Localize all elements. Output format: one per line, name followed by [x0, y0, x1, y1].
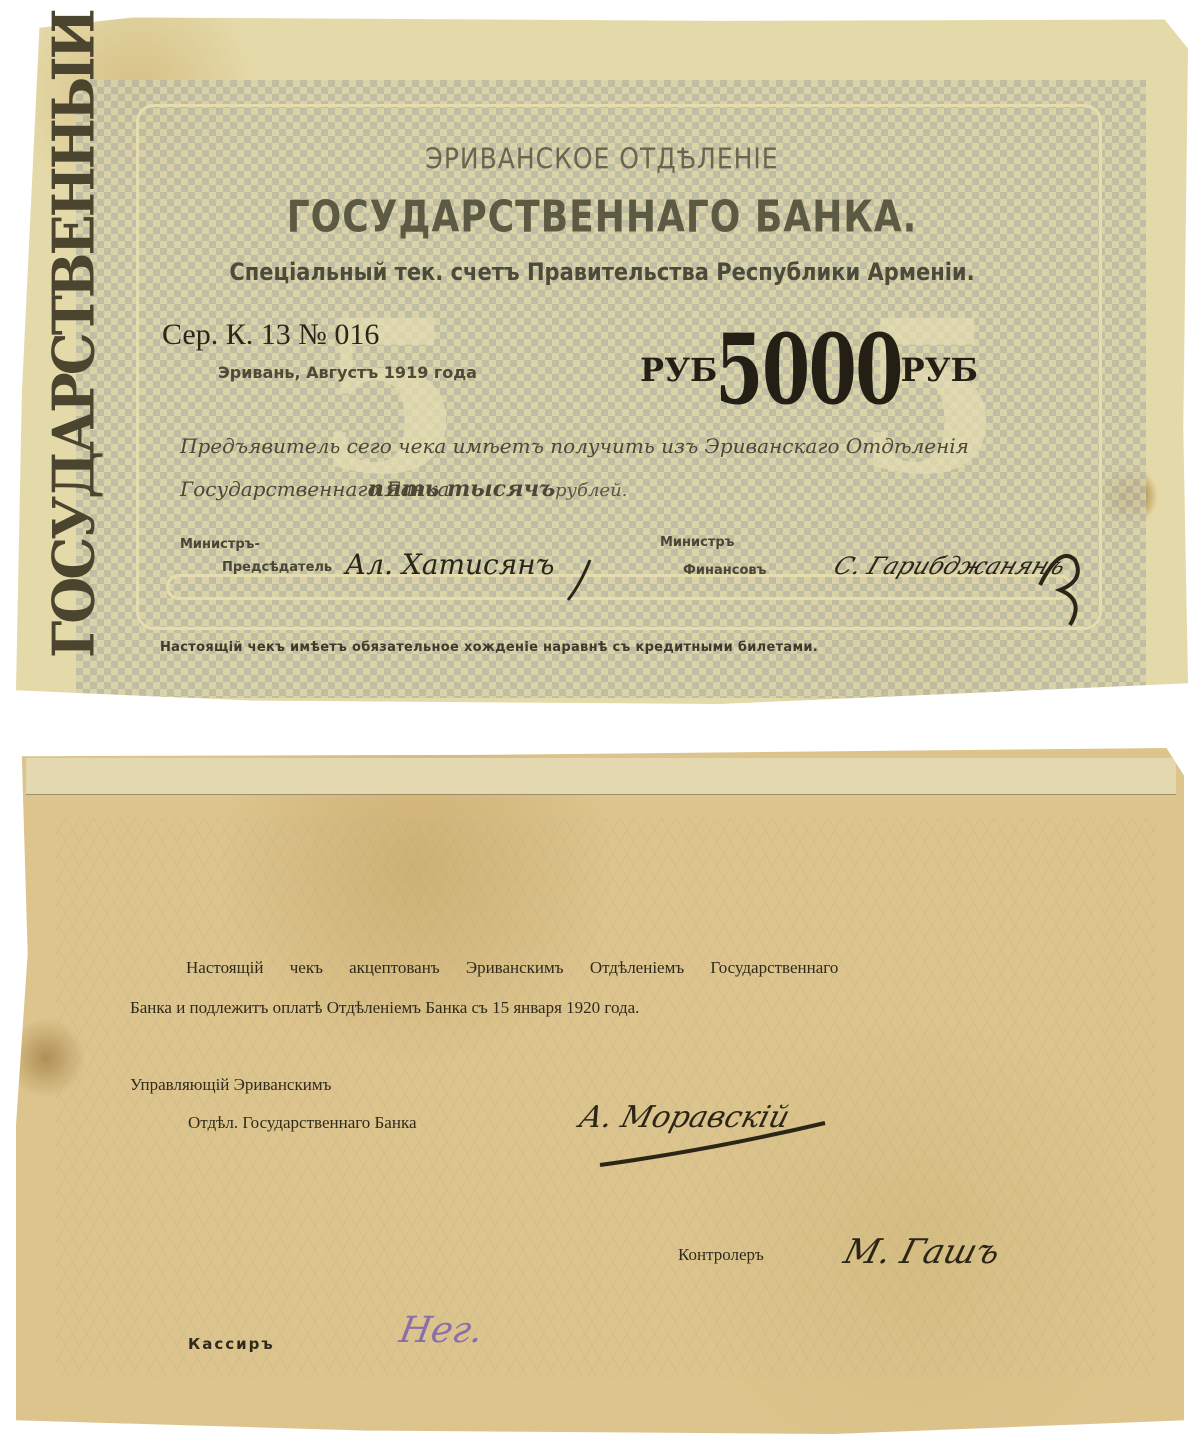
- bearer-line-1: Предъявитель сего чека имѣетъ получить и…: [180, 434, 969, 458]
- acceptance-line-1: Настоящій чекъ акцептованъ Эриванскимъ О…: [186, 958, 838, 978]
- manager-title-1: Управляющій Эриванскимъ: [130, 1075, 331, 1095]
- amount-unit: рублей.: [555, 480, 627, 501]
- serial-number: Сер. К. 13 № 016: [162, 318, 379, 352]
- signature-left-flourish: [560, 555, 600, 605]
- account-line: Спеціальный тек. счетъ Правительства Рес…: [16, 258, 1188, 286]
- branch-title: ЭРИВАНСКОЕ ОТДѢЛЕНІЕ: [16, 142, 1188, 175]
- currency-left: РУБ: [640, 351, 717, 389]
- bank-title: ГОСУДАРСТВЕННАГО БАНКА.: [16, 193, 1188, 242]
- controller-label: Контролеръ: [678, 1245, 764, 1265]
- show-through-pattern: [56, 818, 1156, 1378]
- signatory-right-title-1: Министръ: [660, 535, 734, 550]
- controller-signature: М. Гашъ: [840, 1232, 1005, 1272]
- place-date: Эривань, Августъ 1919 года: [218, 363, 477, 382]
- acceptance-line-2: Банка и подлежитъ оплатѣ Отдѣленіемъ Бан…: [130, 998, 639, 1018]
- amount-in-words: пять тысячъ: [368, 476, 555, 502]
- signature-left: Ал. Хатисянъ: [345, 548, 554, 581]
- cashier-signature: Нег.: [396, 1310, 486, 1351]
- signatory-left-title-2: Предсѣдатель: [222, 560, 332, 575]
- signature-right-flourish: [1030, 545, 1090, 635]
- currency-right: РУБ: [901, 351, 978, 389]
- footer-legal-note: Настоящій чекъ имѣетъ обязательное хожде…: [160, 640, 818, 655]
- paper-strip: [26, 758, 1176, 795]
- signatory-left-title-1: Министръ-: [180, 537, 260, 552]
- cashier-label: Кассиръ: [188, 1335, 275, 1353]
- front-text-layer: ЭРИВАНСКОЕ ОТДѢЛЕНІЕ ГОСУДАРСТВЕННАГО БА…: [16, 14, 1188, 704]
- denomination-value: 5000: [716, 322, 903, 418]
- signatory-right-title-2: Финансовъ: [683, 563, 766, 578]
- denomination: РУБ 5000 РУБ: [640, 310, 978, 430]
- manager-title-2: Отдѣл. Государственнаго Банка: [188, 1113, 417, 1133]
- manager-signature-underline: [590, 1115, 850, 1175]
